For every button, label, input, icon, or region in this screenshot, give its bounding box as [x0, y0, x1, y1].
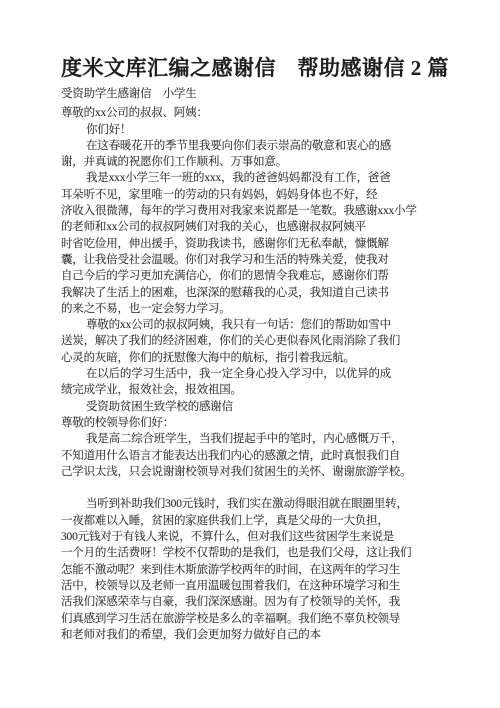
text-line: 怎能不激动呢？来到佳木斯旅游学校两年的时间，在这两年的学习生: [61, 562, 461, 578]
text-line: 在这春暖花开的季节里我要向你们表示崇高的敬意和衷心的感: [61, 138, 461, 154]
text-line: 在以后的学习生活中，我一定全身心投入学习中，以优异的成: [61, 366, 461, 382]
text-line: 活中，校领导以及老师一直用温暖包围着我们，在这种环境学习和生: [61, 578, 461, 594]
text-line: 我是xxx小学三年一班的xxx，我的爸爸妈妈都没有工作，爸爸: [61, 170, 461, 186]
text-line: 我解决了生活上的困难，也深深的慰藉我的心灵，我知道自己读书: [61, 285, 461, 301]
text-line: 受资助学生感谢信 小学生: [61, 86, 461, 102]
text-line: 尊敬的校领导你们好：: [61, 415, 461, 431]
text-line: 当听到补助我们300元钱时，我们实在激动得眼泪就在眼圈里转，: [61, 496, 461, 512]
document-body: 度米文库汇编之感谢信 帮助感谢信 2 篇 受资助学生感谢信 小学生尊敬的xx公司…: [61, 54, 461, 643]
text-line: 不知道用什么语言才能表达出我们内心的感激之情，此时真恨我们自: [61, 448, 461, 464]
text-line: 一个月的生活费呀！学校不仅帮助的是我们，也是我们父母，这让我们: [61, 545, 461, 561]
text-line: 一夜都难以入睡，贫困的家庭供我们上学，真是父母的一大负担，: [61, 513, 461, 529]
text-line: 们真感到学习生活在旅游学校是多么的幸福啊。我们绝不辜负校领导: [61, 611, 461, 627]
text-line: 心灵的灰暗，你们的抚慰像大海中的航标，指引着我远航。: [61, 350, 461, 366]
text-line: 绩完成学业，报效社会，报效祖国。: [61, 382, 461, 398]
text-line: 己学识太浅，只会说谢谢校领导对我们贫困生的关怀、谢谢旅游学校。: [61, 464, 461, 480]
text-line: 耳朵听不见，家里唯一的劳动的只有妈妈，妈妈身体也不好，经: [61, 187, 461, 203]
text-line: 你们好！: [61, 122, 461, 138]
text-line: 的老师和xx公司的叔叔阿姨们对我的关心，也感谢叔叔阿姨平: [61, 219, 461, 235]
text-line: 和老师对我们的希望，我们会更加努力做好自己的本: [61, 627, 461, 643]
text-line: 送炭，解决了我们的经济困难，你们的关心更似春风化雨消除了我们: [61, 333, 461, 349]
blank-line: [61, 480, 461, 496]
document-title: 度米文库汇编之感谢信 帮助感谢信 2 篇: [61, 54, 461, 82]
text-line: 时省吃俭用，伸出援手，资助我读书，感谢你们无私奉献，慷慨解: [61, 236, 461, 252]
text-line: 囊，让我倍受社会温暖。你们对我学习和生活的特殊关爱，使我对: [61, 252, 461, 268]
text-line: 300元钱对于有钱人来说，不算什么，但对我们这些贫困学生来说是: [61, 529, 461, 545]
text-line: 尊敬的xx公司的叔叔阿姨，我只有一句话：您们的帮助如雪中: [61, 317, 461, 333]
text-line: 济收入很微薄，每年的学习费用对我家来说都是一笔数。我感谢xxx小学: [61, 203, 461, 219]
text-line: 自己今后的学习更加充满信心，你们的恩情令我难忘，感谢你们帮: [61, 268, 461, 284]
text-line: 活我们深感荣幸与自豪，我们深深感谢。因为有了校领导的关怀，我: [61, 594, 461, 610]
text-line: 谢，并真诚的祝愿你们工作顺利、万事如意。: [61, 154, 461, 170]
document-lines: 受资助学生感谢信 小学生尊敬的xx公司的叔叔、阿姨：你们好！在这春暖花开的季节里…: [61, 86, 461, 643]
document-page: 度米文库汇编之感谢信 帮助感谢信 2 篇 受资助学生感谢信 小学生尊敬的xx公司…: [0, 0, 500, 708]
text-line: 尊敬的xx公司的叔叔、阿姨：: [61, 105, 461, 121]
text-line: 受资助贫困生致学校的感谢信: [61, 399, 461, 415]
text-line: 我是高二综合班学生，当我们提起手中的笔时，内心感慨万千，: [61, 431, 461, 447]
text-line: 的来之不易，也一定会努力学习。: [61, 301, 461, 317]
